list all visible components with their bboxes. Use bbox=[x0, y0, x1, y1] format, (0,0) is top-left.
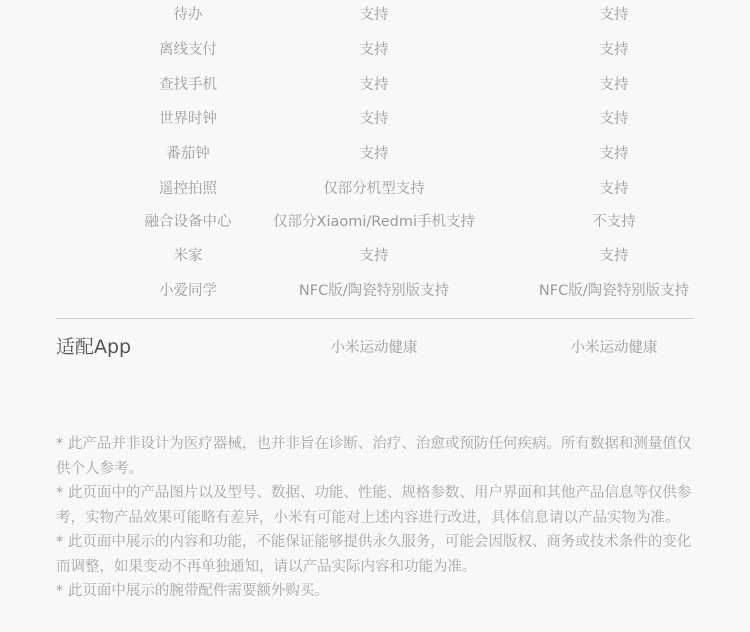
support-value: 不支持 bbox=[494, 210, 734, 234]
feature-name: 番茄钟 bbox=[108, 142, 268, 166]
feature-name: 遥控拍照 bbox=[108, 177, 268, 201]
support-value: 支持 bbox=[254, 38, 494, 62]
support-value: 支持 bbox=[254, 73, 494, 97]
disclaimer-note: * 此页面中展示的内容和功能，不能保证能够提供永久服务，可能会因版权、商务或技术… bbox=[56, 530, 696, 579]
support-value: 支持 bbox=[494, 107, 734, 131]
feature-name: 米家 bbox=[108, 244, 268, 268]
support-value: NFC版/陶瓷特别版支持 bbox=[254, 279, 494, 303]
table-row: 遥控拍照 仅部分机型支持 支持 bbox=[0, 177, 750, 201]
table-row: 待办 支持 支持 bbox=[0, 3, 750, 27]
support-value: 支持 bbox=[494, 38, 734, 62]
table-row: 查找手机 支持 支持 bbox=[0, 73, 750, 97]
table-row: 离线支付 支持 支持 bbox=[0, 38, 750, 62]
support-value: 仅部分机型支持 bbox=[254, 177, 494, 201]
support-value: 支持 bbox=[494, 244, 734, 268]
support-value: 支持 bbox=[254, 244, 494, 268]
support-value: 支持 bbox=[494, 3, 734, 27]
support-value: 支持 bbox=[494, 142, 734, 166]
app-name: 小米运动健康 bbox=[494, 335, 734, 361]
disclaimer-note: * 此页面中展示的腕带配件需要额外购买。 bbox=[56, 579, 696, 604]
table-row: 世界时钟 支持 支持 bbox=[0, 107, 750, 131]
feature-name: 离线支付 bbox=[108, 38, 268, 62]
feature-name: 融合设备中心 bbox=[108, 210, 268, 234]
feature-name: 待办 bbox=[108, 3, 268, 27]
disclaimer-note: * 此产品并非设计为医疗器械，也并非旨在诊断、治疗、治愈或预防任何疾病。所有数据… bbox=[56, 432, 696, 481]
support-value: NFC版/陶瓷特别版支持 bbox=[494, 279, 734, 303]
app-name: 小米运动健康 bbox=[254, 335, 494, 361]
disclaimer-note: * 此页面中的产品图片以及型号、数据、功能、性能、规格参数、用户界面和其他产品信… bbox=[56, 481, 696, 530]
support-value: 仅部分Xiaomi/Redmi手机支持 bbox=[254, 210, 494, 234]
section-title: 适配App bbox=[56, 333, 131, 361]
support-value: 支持 bbox=[254, 107, 494, 131]
support-value: 支持 bbox=[494, 177, 734, 201]
feature-name: 世界时钟 bbox=[108, 107, 268, 131]
table-row: 小爱同学 NFC版/陶瓷特别版支持 NFC版/陶瓷特别版支持 bbox=[0, 279, 750, 303]
feature-name: 查找手机 bbox=[108, 73, 268, 97]
section-divider bbox=[56, 318, 694, 319]
table-row: 番茄钟 支持 支持 bbox=[0, 142, 750, 166]
disclaimer-notes: * 此产品并非设计为医疗器械，也并非旨在诊断、治疗、治愈或预防任何疾病。所有数据… bbox=[56, 432, 696, 604]
table-row: 融合设备中心 仅部分Xiaomi/Redmi手机支持 不支持 bbox=[0, 210, 750, 234]
support-value: 支持 bbox=[494, 73, 734, 97]
compatible-app-row: 适配App 小米运动健康 小米运动健康 bbox=[0, 333, 750, 363]
support-value: 支持 bbox=[254, 142, 494, 166]
support-value: 支持 bbox=[254, 3, 494, 27]
table-row: 米家 支持 支持 bbox=[0, 244, 750, 268]
feature-name: 小爱同学 bbox=[108, 279, 268, 303]
